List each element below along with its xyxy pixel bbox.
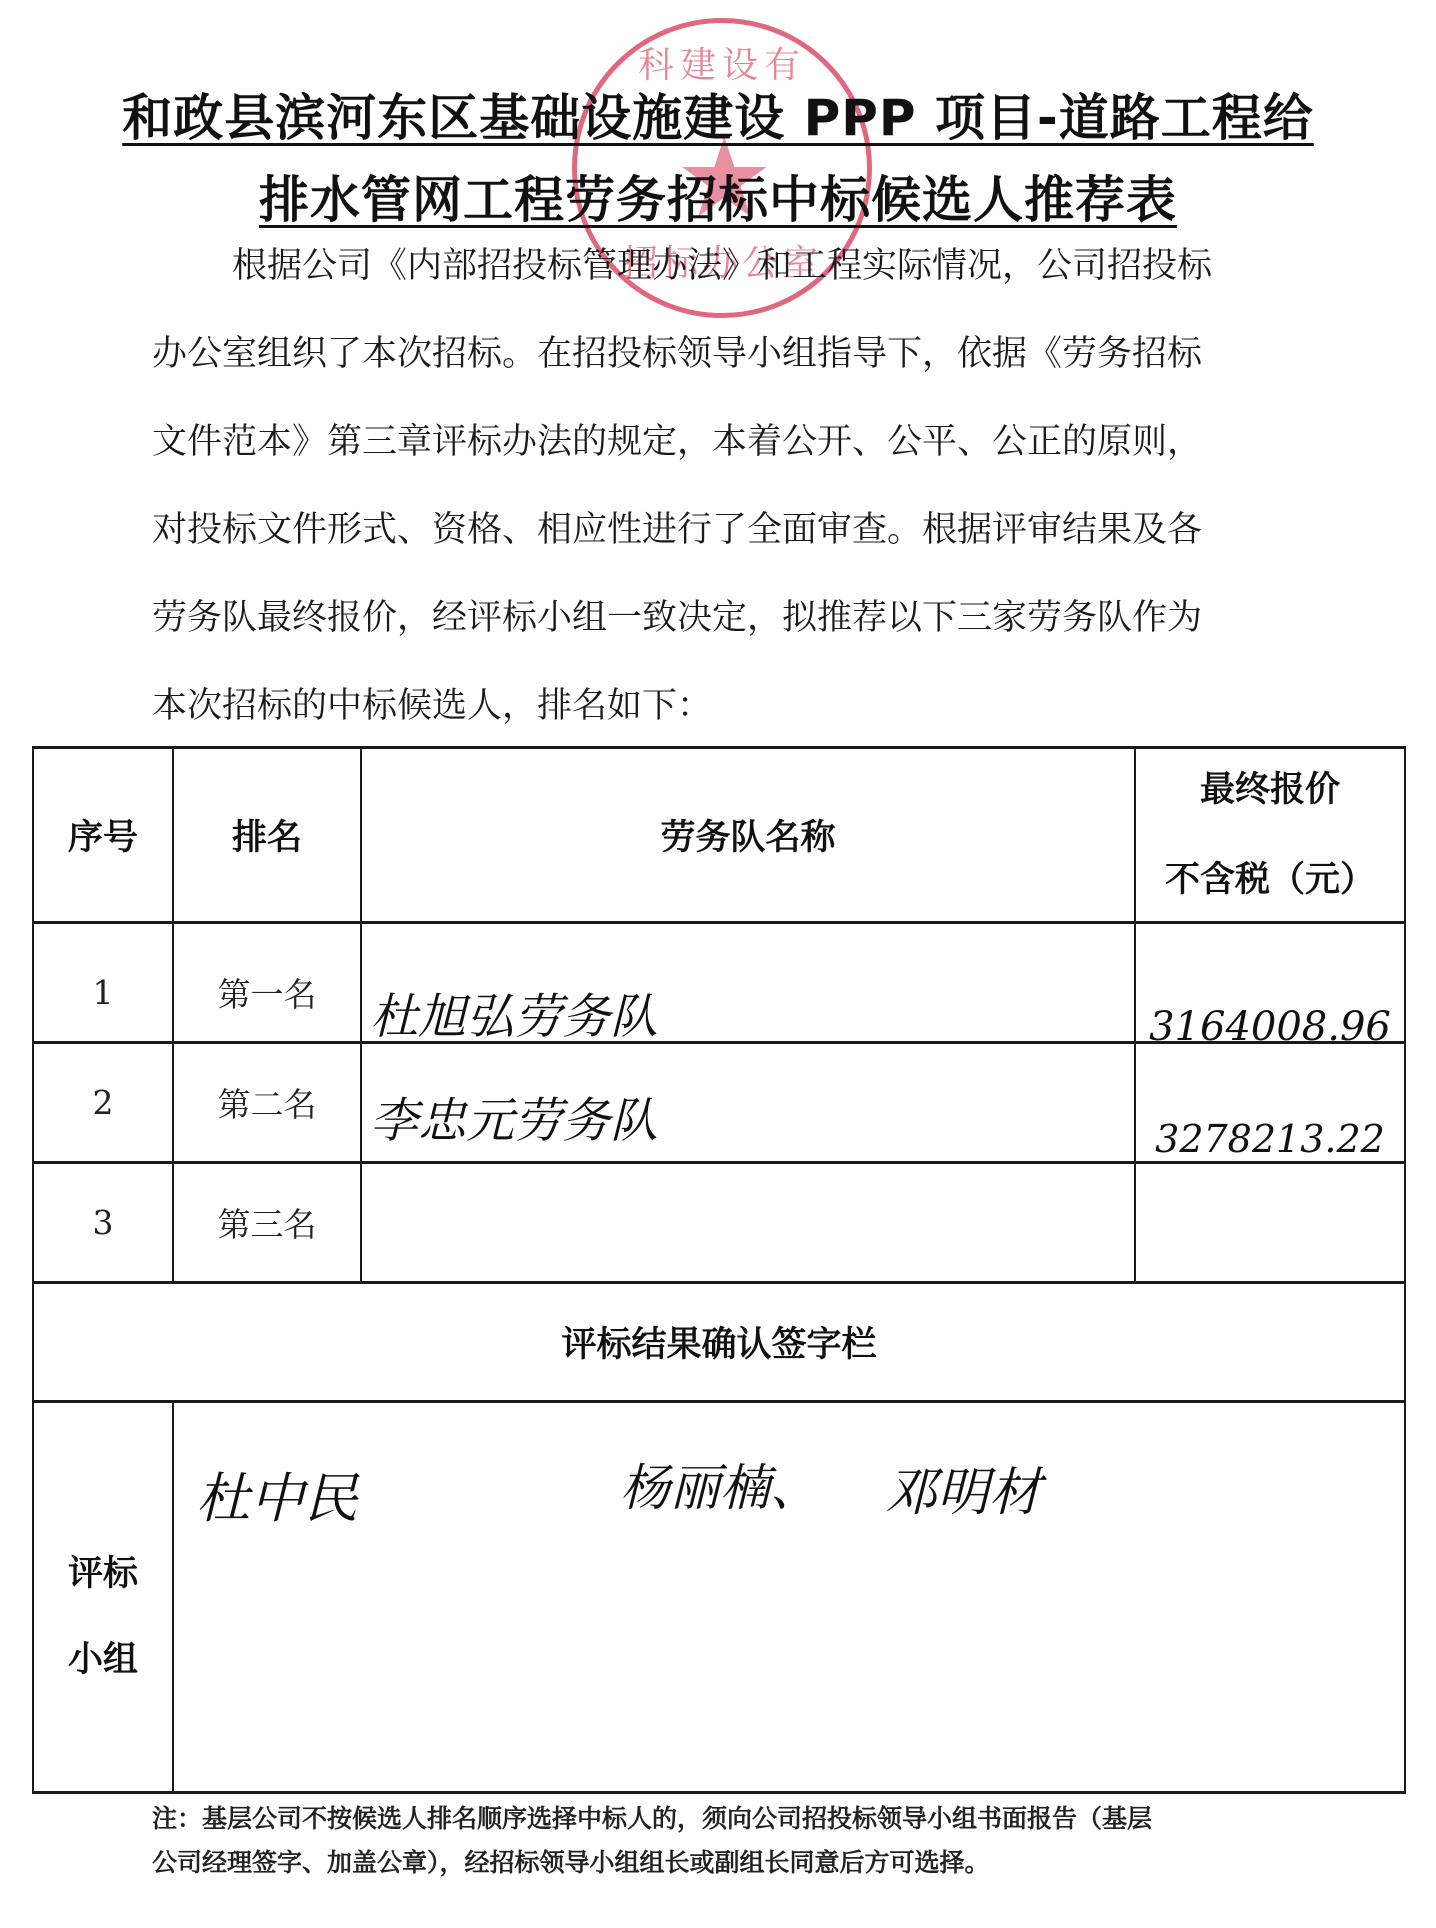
committee-signature: 杨丽楠、 <box>620 1448 820 1520</box>
header-team-name: 劳务队名称 <box>362 749 1134 921</box>
header-rank: 排名 <box>174 749 360 921</box>
intro-paragraph: 根据公司《内部招投标管理办法》和工程实际情况，公司招投标 办公室组织了本次招标。… <box>152 222 1302 750</box>
row-team-name-handwritten: 李忠元劳务队 <box>362 1044 790 1175</box>
committee-signature: 杜中民 <box>196 1456 358 1533</box>
table-border-bottom <box>32 1791 1406 1794</box>
header-price-line-1: 最终报价 <box>1200 745 1340 835</box>
row-rank: 第三名 <box>174 1164 360 1281</box>
table-border-right <box>1404 746 1406 1794</box>
paragraph-line: 本次招标的中标候选人，排名如下： <box>152 662 1302 750</box>
row-rank: 第二名 <box>174 1044 360 1161</box>
paragraph-line: 对投标文件形式、资格、相应性进行了全面审查。根据评审结果及各 <box>152 486 1302 574</box>
footnote-line-2: 公司经理签字、加盖公章），经招标领导小组组长或副组长同意后方可选择。 <box>152 1841 1312 1885</box>
paragraph-line: 文件范本》第三章评标办法的规定，本着公开、公平、公正的原则， <box>152 398 1302 486</box>
header-final-price: 最终报价 不含税（元） <box>1136 749 1404 921</box>
row-team-name <box>362 1164 1134 1281</box>
footnote: 注：基层公司不按候选人排名顺序选择中标人的，须向公司招投标领导小组书面报告（基层… <box>152 1797 1312 1885</box>
paragraph-line: 根据公司《内部招投标管理办法》和工程实际情况，公司招投标 <box>152 222 1302 310</box>
paragraph-line: 劳务队最终报价，经评标小组一致决定，拟推荐以下三家劳务队作为 <box>152 574 1302 662</box>
committee-signature: 邓明材 <box>885 1450 1041 1525</box>
row-seq: 1 <box>34 944 172 1041</box>
table-divider <box>32 1400 1406 1403</box>
paragraph-line: 办公室组织了本次招标。在招投标领导小组指导下，依据《劳务招标 <box>152 310 1302 398</box>
table-divider <box>172 1402 174 1793</box>
row-seq: 3 <box>34 1164 172 1281</box>
row-seq: 2 <box>34 1044 172 1161</box>
header-price-line-2: 不含税（元） <box>1165 835 1375 925</box>
footnote-line-1: 注：基层公司不按候选人排名顺序选择中标人的，须向公司招投标领导小组书面报告（基层 <box>152 1797 1312 1841</box>
signature-section-title: 评标结果确认签字栏 <box>34 1284 1404 1400</box>
row-rank: 第一名 <box>174 944 360 1041</box>
committee-label: 评标 小组 <box>34 1403 172 1811</box>
row-price <box>1136 1164 1404 1281</box>
header-seq: 序号 <box>34 749 172 921</box>
document-title-line-1: 和政县滨河东区基础设施建设 PPP 项目-道路工程给 <box>0 78 1436 150</box>
